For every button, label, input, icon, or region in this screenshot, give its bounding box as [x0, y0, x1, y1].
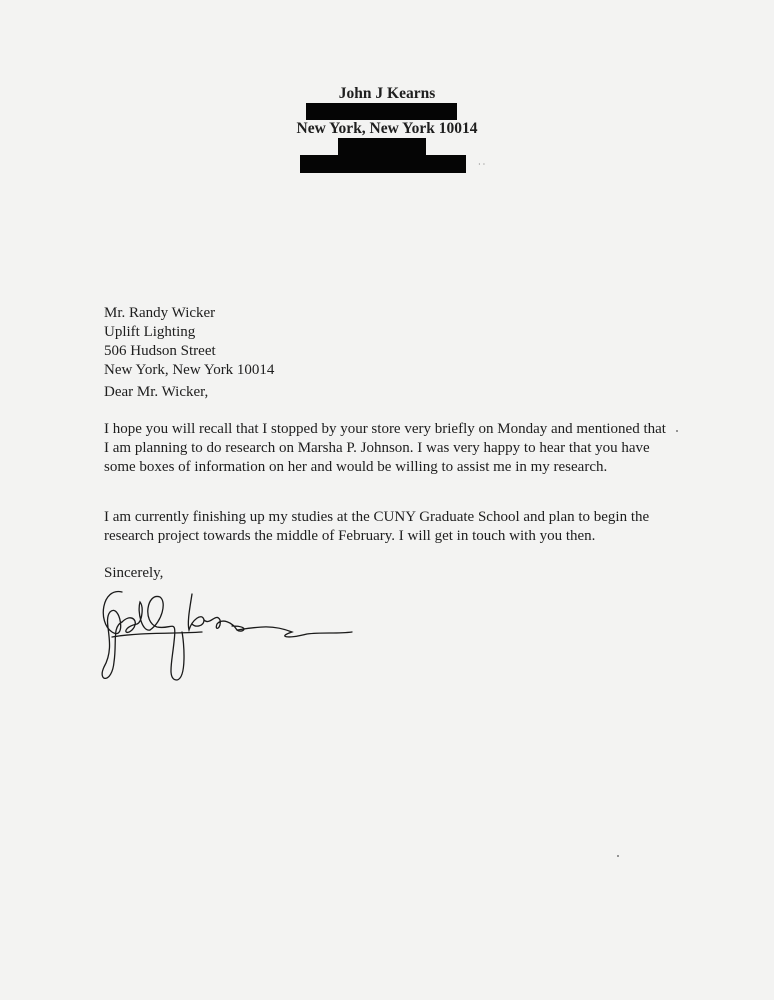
sender-name: John J Kearns	[0, 85, 774, 103]
recipient-line: 506 Hudson Street	[104, 342, 274, 361]
body-paragraph: I hope you will recall that I stopped by…	[104, 420, 674, 477]
signature-icon	[92, 582, 362, 692]
closing: Sincerely,	[104, 564, 163, 583]
scan-speck	[617, 855, 619, 857]
scan-speck: · ·	[478, 160, 485, 169]
recipient-line: New York, New York 10014	[104, 361, 274, 380]
recipient-line: Mr. Randy Wicker	[104, 304, 274, 323]
recipient-line: Uplift Lighting	[104, 323, 274, 342]
letter-page: John J Kearns New York, New York 10014 ·…	[0, 0, 774, 1000]
sender-city: New York, New York 10014	[0, 120, 774, 138]
salutation: Dear Mr. Wicker,	[104, 383, 208, 402]
recipient-address: Mr. Randy Wicker Uplift Lighting 506 Hud…	[104, 304, 274, 380]
scan-speck	[676, 430, 678, 432]
redaction-bar	[306, 103, 457, 120]
body-paragraph: I am currently finishing up my studies a…	[104, 508, 674, 546]
redaction-bar	[300, 155, 466, 173]
